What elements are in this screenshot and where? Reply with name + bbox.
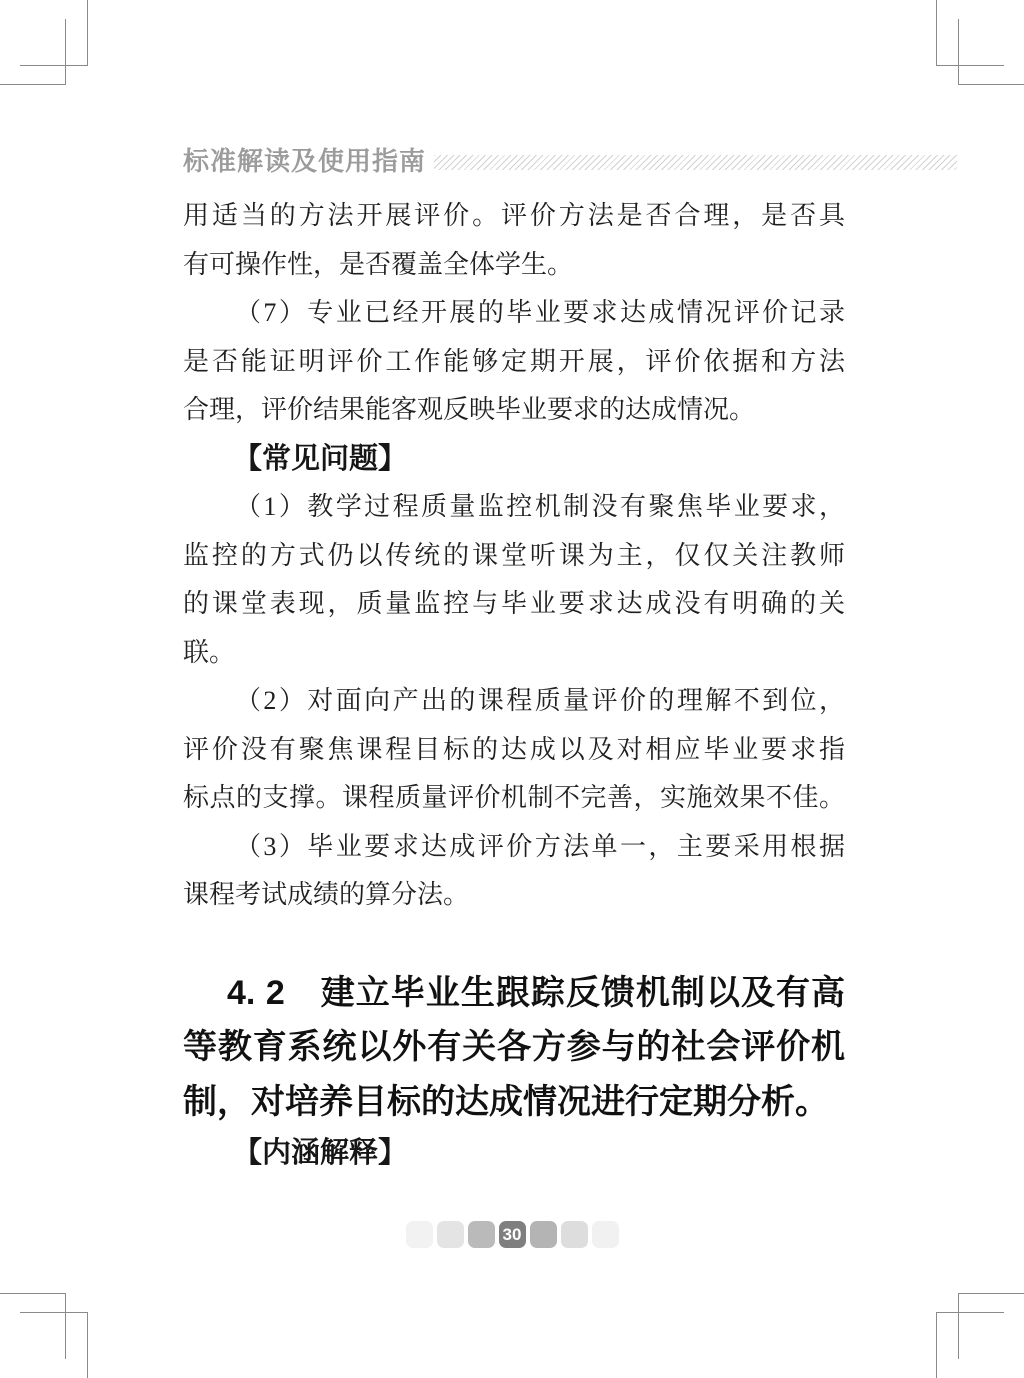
text-line: 制，对培养目标的达成情况进行定期分析。 bbox=[183, 1075, 845, 1130]
text-line: 的课堂表现，质量监控与毕业要求达成没有明确的关 bbox=[183, 580, 845, 629]
hatch-decoration bbox=[434, 155, 957, 170]
text-line: 有可操作性，是否覆盖全体学生。 bbox=[183, 241, 845, 290]
text-line: 评价没有聚焦课程目标的达成以及对相应毕业要求指 bbox=[183, 726, 845, 775]
pager-square bbox=[592, 1221, 619, 1248]
text-line: 等教育系统以外有关各方参与的社会评价机 bbox=[183, 1020, 845, 1075]
pager-square bbox=[530, 1221, 557, 1248]
paragraph-item-7: （7）专业已经开展的毕业要求达成情况评价记录是否能证明评价工作能够定期开展，评价… bbox=[183, 289, 845, 435]
text-line: （2）对面向产出的课程质量评价的理解不到位， bbox=[183, 677, 845, 726]
text-line: （3）毕业要求达成评价方法单一，主要采用根据 bbox=[183, 823, 845, 872]
crop-mark bbox=[958, 1293, 1024, 1359]
pager-square bbox=[468, 1221, 495, 1248]
text-line: 课程考试成绩的算分法。 bbox=[183, 871, 845, 920]
text-line: 是否能证明评价工作能够定期开展，评价依据和方法 bbox=[183, 338, 845, 387]
text-line: （7）专业已经开展的毕业要求达成情况评价记录 bbox=[183, 289, 845, 338]
paragraph-item-2: （2）对面向产出的课程质量评价的理解不到位，评价没有聚焦课程目标的达成以及对相应… bbox=[183, 677, 845, 823]
text-line: 【常见问题】 bbox=[183, 435, 845, 484]
pager-square bbox=[437, 1221, 464, 1248]
text-line: （1）教学过程质量监控机制没有聚焦毕业要求， bbox=[183, 483, 845, 532]
text-line: 标点的支撑。课程质量评价机制不完善，实施效果不佳。 bbox=[183, 774, 845, 823]
page-indicator: 30 bbox=[0, 1221, 1024, 1248]
pager-square bbox=[406, 1221, 433, 1248]
page-content: 用适当的方法开展评价。评价方法是否合理，是否具有可操作性，是否覆盖全体学生。（7… bbox=[183, 192, 845, 1178]
pager-square bbox=[561, 1221, 588, 1248]
text-line: 4. 2 建立毕业生跟踪反馈机制以及有高 bbox=[183, 966, 845, 1021]
text-line: 监控的方式仍以传统的课堂听课为主，仅仅关注教师 bbox=[183, 532, 845, 581]
text-line: 合理，评价结果能客观反映毕业要求的达成情况。 bbox=[183, 386, 845, 435]
text-line: 用适当的方法开展评价。评价方法是否合理，是否具 bbox=[183, 192, 845, 241]
book-page: 标准解读及使用指南 用适当的方法开展评价。评价方法是否合理，是否具有可操作性，是… bbox=[0, 0, 1024, 1378]
crop-mark bbox=[958, 19, 1024, 85]
running-header-title: 标准解读及使用指南 bbox=[183, 146, 426, 176]
crop-mark bbox=[0, 19, 66, 85]
section-heading-4-2: 4. 2 建立毕业生跟踪反馈机制以及有高等教育系统以外有关各方参与的社会评价机制… bbox=[183, 966, 845, 1130]
paragraph-item-1: （1）教学过程质量监控机制没有聚焦毕业要求，监控的方式仍以传统的课堂听课为主，仅… bbox=[183, 483, 845, 677]
paragraph-continued: 用适当的方法开展评价。评价方法是否合理，是否具有可操作性，是否覆盖全体学生。 bbox=[183, 192, 845, 289]
subheading-connotation: 【内涵解释】 bbox=[183, 1129, 845, 1178]
text-line: 联。 bbox=[183, 629, 845, 678]
crop-mark bbox=[0, 1293, 66, 1359]
paragraph-item-3: （3）毕业要求达成评价方法单一，主要采用根据课程考试成绩的算分法。 bbox=[183, 823, 845, 920]
running-header: 标准解读及使用指南 bbox=[183, 146, 957, 176]
text-line: 【内涵解释】 bbox=[183, 1129, 845, 1178]
page-number-badge: 30 bbox=[499, 1221, 526, 1248]
subheading-common-problems: 【常见问题】 bbox=[183, 435, 845, 484]
